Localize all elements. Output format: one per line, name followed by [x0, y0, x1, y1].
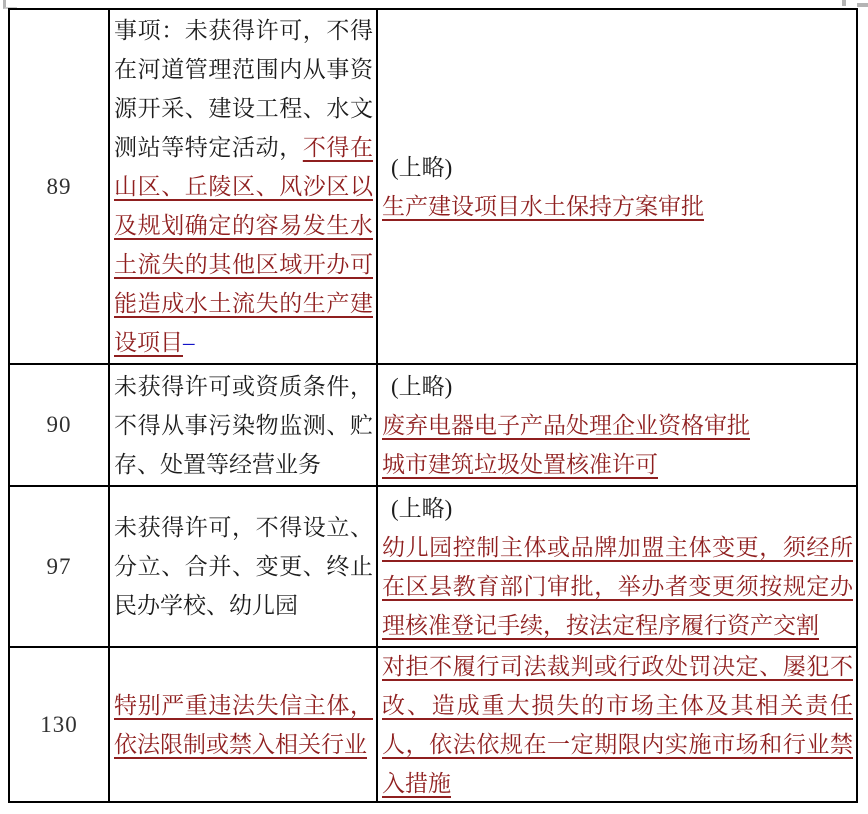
detail-inserted-text: 幼儿园控制主体或品牌加盟主体变更，须经所在区县教育部门审批，举办者变更须按规定办… — [382, 535, 853, 638]
detail-inserted-text: 对拒不履行司法裁判或行政处罚决定、屡犯不改、造成重大损失的市场主体及其相关责任人… — [382, 654, 853, 796]
page-corner-mark-right-v — [842, 0, 846, 6]
item-paragraph: 未获得许可，不得设立、分立、合并、变更、终止民办学校、幼儿园 — [110, 508, 376, 625]
detail-paragraph: (上略) 废弃电器电子产品处理企业资格审批 城市建筑垃圾处置核准许可 — [378, 367, 856, 484]
table-row-89-number-cell: 89 — [10, 10, 110, 365]
item-text-inserted: 不得在山区、丘陵区、风沙区以及规划确定的容易发生水土流失的其他区域开办可能造成水… — [114, 135, 373, 355]
detail-paragraph: (上略) 生产建设项目水土保持方案审批 — [378, 148, 856, 226]
detail-inserted-line: 生产建设项目水土保持方案审批 — [382, 187, 853, 226]
row-number: 90 — [47, 412, 72, 438]
detail-paragraph: 对拒不履行司法裁判或行政处罚决定、屡犯不改、造成重大损失的市场主体及其相关责任人… — [378, 648, 856, 801]
item-text-black: 未获得许可，不得设立、分立、合并、变更、终止民办学校、幼儿园 — [114, 515, 373, 618]
item-paragraph: 事项：未获得许可，不得在河道管理范围内从事资源开采、建设工程、水文测站等特定活动… — [110, 11, 376, 362]
omitted-above-note: (上略) — [382, 367, 853, 406]
detail-inserted-line: 废弃电器电子产品处理企业资格审批 — [382, 406, 853, 445]
omitted-above-note: (上略) — [382, 489, 853, 528]
table-row-89-item-cell: 事项：未获得许可，不得在河道管理范围内从事资源开采、建设工程、水文测站等特定活动… — [110, 10, 378, 365]
page-corner-mark-right-h — [857, 3, 868, 7]
item-text-black: 未获得许可或资质条件，不得从事污染物监测、贮存、处置等经营业务 — [114, 374, 373, 477]
detail-paragraph: (上略) 幼儿园控制主体或品牌加盟主体变更，须经所在区县教育部门审批，举办者变更… — [378, 489, 856, 645]
item-text-inserted: 特别严重违法失信主体，依法限制或禁入相关行业 — [114, 693, 373, 757]
table-row-130-number-cell: 130 — [10, 648, 110, 801]
item-paragraph: 特别严重违法失信主体，依法限制或禁入相关行业 — [110, 686, 376, 764]
table-row-97-detail-cell: (上略) 幼儿园控制主体或品牌加盟主体变更，须经所在区县教育部门审批，举办者变更… — [378, 487, 856, 648]
document-page: { "page": { "background": "#ffffff" }, "… — [0, 0, 868, 814]
table-row-90-item-cell: 未获得许可或资质条件，不得从事污染物监测、贮存、处置等经营业务 — [110, 365, 378, 487]
revision-mark: – — [183, 330, 195, 355]
row-number: 89 — [47, 174, 72, 200]
row-number: 130 — [40, 712, 78, 738]
table-row-89-detail-cell: (上略) 生产建设项目水土保持方案审批 — [378, 10, 856, 365]
table-row-130-item-cell: 特别严重违法失信主体，依法限制或禁入相关行业 — [110, 648, 378, 801]
regulation-table: 89 事项：未获得许可，不得在河道管理范围内从事资源开采、建设工程、水文测站等特… — [8, 8, 858, 803]
row-number: 97 — [47, 554, 72, 580]
table-row-90-detail-cell: (上略) 废弃电器电子产品处理企业资格审批 城市建筑垃圾处置核准许可 — [378, 365, 856, 487]
detail-inserted-line: 城市建筑垃圾处置核准许可 — [382, 445, 853, 484]
table-row-130-detail-cell: 对拒不履行司法裁判或行政处罚决定、屡犯不改、造成重大损失的市场主体及其相关责任人… — [378, 648, 856, 801]
table-row-97-item-cell: 未获得许可，不得设立、分立、合并、变更、终止民办学校、幼儿园 — [110, 487, 378, 648]
item-paragraph: 未获得许可或资质条件，不得从事污染物监测、贮存、处置等经营业务 — [110, 367, 376, 484]
omitted-above-note: (上略) — [382, 148, 853, 187]
table-row-90-number-cell: 90 — [10, 365, 110, 487]
table-row-97-number-cell: 97 — [10, 487, 110, 648]
